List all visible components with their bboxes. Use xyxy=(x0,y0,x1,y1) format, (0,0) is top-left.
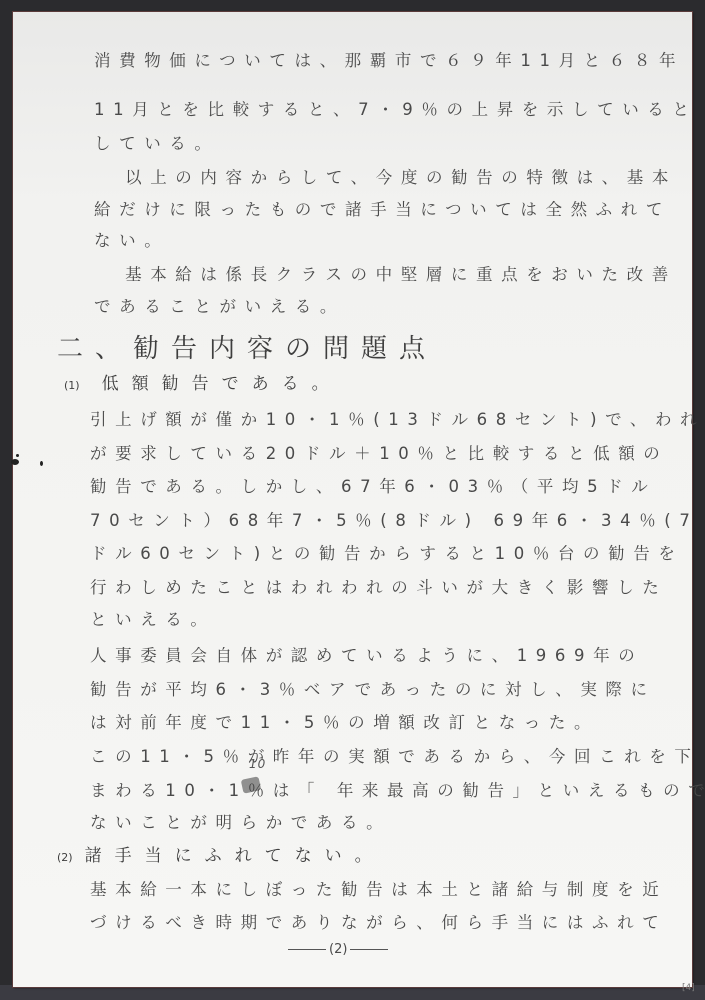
text-line: 以上の内容からして、今度の勧告の特徴は、基本 xyxy=(100,164,677,188)
archive-mark: [4] xyxy=(682,983,695,993)
dash-decoration xyxy=(288,949,326,950)
text-line: ない。 xyxy=(94,227,169,251)
page-number: (2) xyxy=(285,942,391,957)
text-line: 行わしめたことはわれわれの斗いが大きく影響した xyxy=(90,574,667,598)
subsection-number: (1) xyxy=(64,379,80,392)
page-number-text: (2) xyxy=(329,942,347,957)
document-page: 消費物価については、那覇市で６９年11月と６８年 11月とを比較すると、7・9％… xyxy=(13,12,692,987)
ink-blot xyxy=(16,454,19,457)
text-line: 消費物価については、那覇市で６９年11月と６８年 xyxy=(94,47,684,71)
dash-decoration xyxy=(350,949,388,950)
text-line: ドル60セント)との勧告からすると10％台の勧告を xyxy=(90,540,683,564)
text-line: は対前年度で11・5％の増額改訂となった。 xyxy=(90,709,599,733)
text-line: が要求している20ドル＋10％と比較すると低額の xyxy=(90,440,668,464)
text-line: まわる10・1％は「 年来最高の勧告」といえるもので xyxy=(90,777,705,801)
subsection-1-heading: (1)低額勧告である。 xyxy=(64,369,342,394)
text-line: 基本給一本にしぼった勧告は本土と諸給与制度を近 xyxy=(90,876,667,900)
text-line: 引上げ額が僅か10・1％(13ドル68セント)で、われわれ xyxy=(90,406,705,430)
subsection-number: (2) xyxy=(57,851,73,864)
subsection-title: 諸手当にふれてない。 xyxy=(85,846,385,866)
text-line: 勧告が平均6・3％ベアであったのに対し、実際に xyxy=(90,676,656,700)
text-line: であることがいえる。 xyxy=(94,293,345,317)
ink-blot xyxy=(40,461,43,466)
ink-blot xyxy=(11,459,19,465)
text-line: 勧告である。しかし、67年6・03％（平均5ドル xyxy=(90,473,656,497)
text-line: 70セント）68年7・5％(8ドル) 69年6・34％(7 xyxy=(90,507,698,531)
text-line: 給だけに限ったもので諸手当については全然ふれて xyxy=(94,196,671,220)
text-line: この11・5％が昨年の実額であるから、今回これを下 xyxy=(90,743,700,767)
subsection-2-heading: (2)諸手当にふれてない。 xyxy=(57,841,385,866)
text-line: 11月とを比較すると、7・9％の上昇を示していると xyxy=(94,96,698,120)
subsection-title: 低額勧告である。 xyxy=(102,374,342,394)
section-heading: 二、勧告内容の問題点 xyxy=(57,328,437,365)
text-line: 基本給は係長クラスの中堅層に重点をおいた改善 xyxy=(100,261,677,285)
text-line: づけるべき時期でありながら、何ら手当にはふれて xyxy=(90,909,667,933)
text-line: ないことが明らかである。 xyxy=(90,809,391,833)
text-line: している。 xyxy=(94,130,220,154)
text-line: といえる。 xyxy=(90,606,216,630)
text-line: 人事委員会自体が認めているように、1969年の xyxy=(90,642,643,666)
scanner-background xyxy=(0,985,705,1000)
handwritten-insertion: 10 xyxy=(249,757,266,771)
